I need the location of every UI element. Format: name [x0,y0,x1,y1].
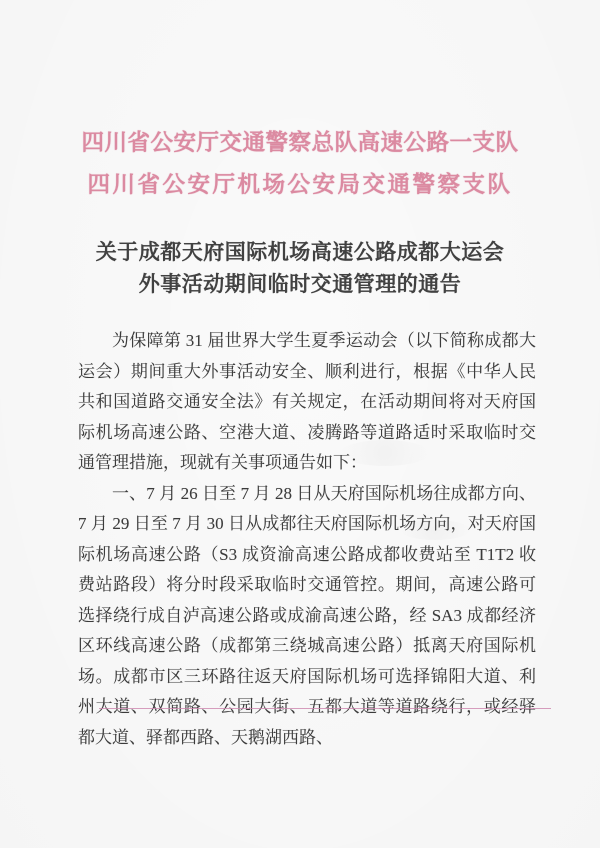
document-title-line-1: 关于成都天府国际机场高速公路成都大运会 [0,236,600,268]
pink-divider-line [99,708,551,709]
document-title-line-2: 外事活动期间临时交通管理的通告 [0,268,600,300]
body-paragraph-intro: 为保障第 31 届世界大学生夏季运动会（以下简称成都大运会）期间重大外事活动安全… [78,326,536,479]
letterhead-line-2: 四川省公安厅机场公安局交通警察支队 [0,164,600,206]
letterhead-line-1: 四川省公安厅交通警察总队高速公路一支队 [0,122,600,164]
document-title: 关于成都天府国际机场高速公路成都大运会 外事活动期间临时交通管理的通告 [0,236,600,300]
body-paragraph-item-1: 一、7 月 26 日至 7 月 28 日从天府国际机场往成都方向、7 月 29 … [78,479,536,754]
scan-smudge [400,520,470,540]
scan-smudge [340,440,430,466]
letterhead: 四川省公安厅交通警察总队高速公路一支队 四川省公安厅机场公安局交通警察支队 [0,122,600,206]
document-page: 四川省公安厅交通警察总队高速公路一支队 四川省公安厅机场公安局交通警察支队 关于… [0,0,600,848]
body-text: 为保障第 31 届世界大学生夏季运动会（以下简称成都大运会）期间重大外事活动安全… [78,326,536,753]
